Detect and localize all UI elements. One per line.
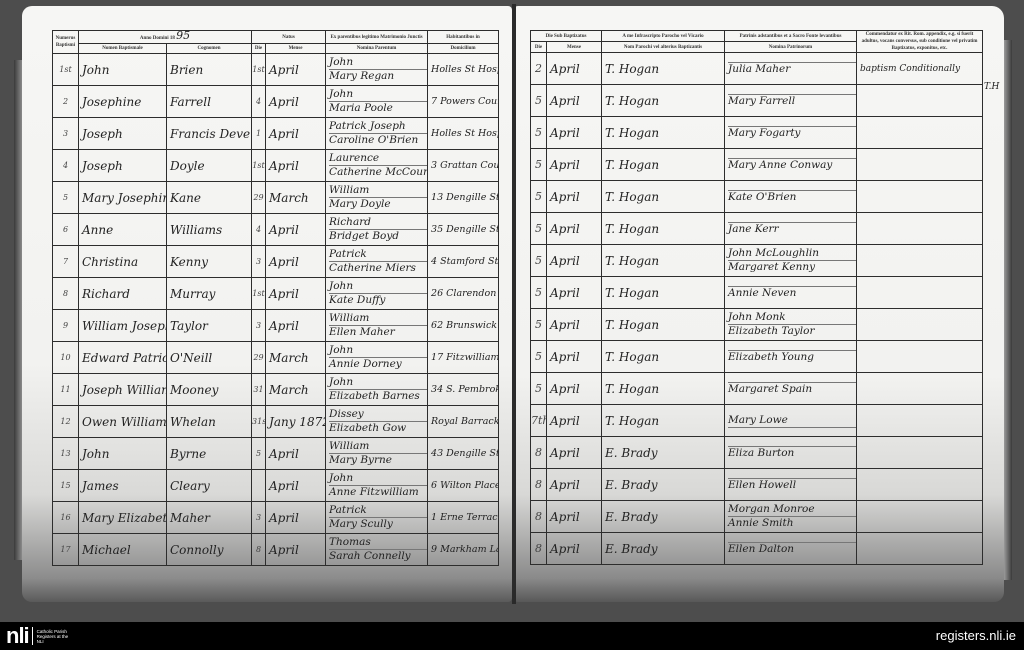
note bbox=[857, 309, 983, 341]
upper-line: John bbox=[329, 280, 427, 294]
minister: T. Hogan bbox=[602, 85, 725, 117]
baptism-month: April bbox=[547, 533, 602, 565]
lower-line: Elizabeth Barnes bbox=[329, 390, 427, 403]
lower-line: Mary Anne Conway bbox=[728, 159, 856, 172]
baptism-month: April bbox=[547, 277, 602, 309]
lower-line: Ellen Dalton bbox=[728, 543, 856, 556]
sponsors: Margaret Spain bbox=[725, 373, 857, 405]
minister: T. Hogan bbox=[602, 341, 725, 373]
table-row: 3JosephFrancis Deveney1AprilPatrick Jose… bbox=[53, 118, 499, 150]
book-edge-right bbox=[1004, 40, 1012, 580]
christian-name: William Joseph bbox=[79, 310, 167, 342]
sponsors: Kate O'Brien bbox=[725, 181, 857, 213]
lower-line: Mary Fogarty bbox=[728, 127, 856, 140]
sponsors: Eliza Burton bbox=[725, 437, 857, 469]
entry-number: 2 bbox=[53, 86, 79, 118]
baptism-day: 5 bbox=[531, 117, 547, 149]
upper-line: William bbox=[329, 440, 427, 454]
minister: T. Hogan bbox=[602, 309, 725, 341]
lower-line: Elizabeth Taylor bbox=[728, 325, 856, 338]
table-row: 15JamesClearyAprilJohnAnne Fitzwilliam6 … bbox=[53, 470, 499, 502]
lower-line: Elizabeth Young bbox=[728, 351, 856, 364]
lower-line: Caroline O'Brien bbox=[329, 134, 427, 147]
birth-month: April bbox=[266, 470, 326, 502]
birth-day: 29 bbox=[252, 342, 266, 374]
parents: PatrickMary Scully bbox=[326, 502, 428, 534]
lower-line: Catherine Miers bbox=[329, 262, 427, 275]
table-row: 8AprilE. BradyEllen Dalton bbox=[531, 533, 983, 565]
birth-day: 1st bbox=[252, 54, 266, 86]
table-row: 5AprilT. HoganMargaret Spain bbox=[531, 373, 983, 405]
parents-header: Ex parentibus legitimo Matrimonio Juncti… bbox=[326, 31, 428, 44]
surname: Williams bbox=[167, 214, 252, 246]
birth-day: 3 bbox=[252, 310, 266, 342]
parents: WilliamMary Byrne bbox=[326, 438, 428, 470]
table-row: 5AprilT. HoganJohn MonkElizabeth Taylor bbox=[531, 309, 983, 341]
note bbox=[857, 405, 983, 437]
table-row: 5AprilT. HoganMary Anne Conway bbox=[531, 149, 983, 181]
lower-line: Kate Duffy bbox=[329, 294, 427, 307]
surname: Farrell bbox=[167, 86, 252, 118]
parents: DisseyElizabeth Gow bbox=[326, 406, 428, 438]
baptism-month: April bbox=[547, 181, 602, 213]
table-row: 5AprilT. HoganKate O'Brien bbox=[531, 181, 983, 213]
birth-month: April bbox=[266, 310, 326, 342]
note bbox=[857, 245, 983, 277]
parents: ThomasSarah Connelly bbox=[326, 534, 428, 566]
upper-line: Dissey bbox=[329, 408, 427, 422]
baptism-month: April bbox=[547, 117, 602, 149]
birth-month: Jany 1872 bbox=[266, 406, 326, 438]
birth-month: April bbox=[266, 534, 326, 566]
baptism-day: 2 bbox=[531, 53, 547, 85]
christian-name: Richard bbox=[79, 278, 167, 310]
baptism-day: 8 bbox=[531, 469, 547, 501]
birth-month: April bbox=[266, 118, 326, 150]
christian-name: John bbox=[79, 54, 167, 86]
note: baptism Conditionally bbox=[857, 53, 983, 85]
table-row: 1stJohnBrien1stAprilJohnMary ReganHolles… bbox=[53, 54, 499, 86]
baptism-day: 5 bbox=[531, 341, 547, 373]
birth-day: 1st bbox=[252, 278, 266, 310]
sponsors: Julia Maher bbox=[725, 53, 857, 85]
minister: T. Hogan bbox=[602, 213, 725, 245]
residence: 62 Brunswick St bbox=[428, 310, 499, 342]
year-header: Anno Domini 18 95 bbox=[79, 31, 252, 44]
col-surname: Cognomen bbox=[167, 44, 252, 54]
birth-day: 4 bbox=[252, 86, 266, 118]
note bbox=[857, 117, 983, 149]
residence: 4 Stamford St bbox=[428, 246, 499, 278]
sponsors: Ellen Howell bbox=[725, 469, 857, 501]
sponsors: Jane Kerr bbox=[725, 213, 857, 245]
table-row: 2JosephineFarrell4AprilJohnMaria Poole7 … bbox=[53, 86, 499, 118]
table-row: 7ChristinaKenny3AprilPatrickCatherine Mi… bbox=[53, 246, 499, 278]
upper-line: John bbox=[329, 88, 427, 102]
birth-month: April bbox=[266, 214, 326, 246]
baptized-header: Die Sub Baptizatus bbox=[531, 31, 602, 42]
col-number-header: Numerus Baptismi bbox=[53, 31, 79, 54]
table-row: 8RichardMurray1stAprilJohnKate Duffy26 C… bbox=[53, 278, 499, 310]
minister: T. Hogan bbox=[602, 245, 725, 277]
residence: 3 Grattan Court bbox=[428, 150, 499, 182]
baptism-day: 5 bbox=[531, 309, 547, 341]
baptism-day: 8 bbox=[531, 437, 547, 469]
christian-name: James bbox=[79, 470, 167, 502]
entry-number: 13 bbox=[53, 438, 79, 470]
surname: O'Neill bbox=[167, 342, 252, 374]
viewer-footer: nli Catholic Parish Registers at the NLI… bbox=[0, 622, 1024, 650]
birth-day: 3 bbox=[252, 246, 266, 278]
residence: 1 Erne Terrace bbox=[428, 502, 499, 534]
birth-month: April bbox=[266, 438, 326, 470]
lower-line: Margaret Kenny bbox=[728, 261, 856, 274]
baptism-month: April bbox=[547, 213, 602, 245]
nli-logo[interactable]: nli Catholic Parish Registers at the NLI bbox=[6, 626, 71, 646]
table-row: 13JohnByrne5AprilWilliamMary Byrne43 Den… bbox=[53, 438, 499, 470]
baptism-month: April bbox=[547, 373, 602, 405]
sponsors: Annie Neven bbox=[725, 277, 857, 309]
lower-line: Julia Maher bbox=[728, 63, 856, 76]
table-row: 6AnneWilliams4AprilRichardBridget Boyd35… bbox=[53, 214, 499, 246]
table-row: 16Mary ElizabethMaher3AprilPatrickMary S… bbox=[53, 502, 499, 534]
minister: T. Hogan bbox=[602, 405, 725, 437]
surname: Whelan bbox=[167, 406, 252, 438]
minister: E. Brady bbox=[602, 533, 725, 565]
lower-line: Mary Scully bbox=[329, 518, 427, 531]
upper-line: Patrick Joseph bbox=[329, 120, 427, 134]
register-scan-image: Numerus Baptismi Anno Domini 18 95 Natus… bbox=[0, 0, 1024, 622]
table-row: 5AprilT. HoganMary Farrell bbox=[531, 85, 983, 117]
upper-line: Thomas bbox=[329, 536, 427, 550]
baptism-register-left: Numerus Baptismi Anno Domini 18 95 Natus… bbox=[52, 30, 499, 566]
col-residence: Domicilium bbox=[428, 44, 499, 54]
note bbox=[857, 277, 983, 309]
minister: E. Brady bbox=[602, 469, 725, 501]
christian-name: Mary Josephine bbox=[79, 182, 167, 214]
sponsors: John McLoughlinMargaret Kenny bbox=[725, 245, 857, 277]
parents: JohnMaria Poole bbox=[326, 86, 428, 118]
birth-month: April bbox=[266, 54, 326, 86]
residence: 9 Markham Lane bbox=[428, 534, 499, 566]
table-row: 8AprilE. BradyMorgan MonroeAnnie Smith bbox=[531, 501, 983, 533]
birth-month: April bbox=[266, 150, 326, 182]
parents: JohnMary Regan bbox=[326, 54, 428, 86]
lower-line: Annie Smith bbox=[728, 517, 856, 530]
notes-header: Commendatur ex Rit. Rom. appendix, e.g. … bbox=[857, 31, 983, 53]
note bbox=[857, 181, 983, 213]
parents: JohnKate Duffy bbox=[326, 278, 428, 310]
christian-name: Joseph bbox=[79, 150, 167, 182]
entry-number: 16 bbox=[53, 502, 79, 534]
lower-line: Mary Byrne bbox=[329, 454, 427, 467]
upper-line: John bbox=[329, 56, 427, 70]
entry-number: 5 bbox=[53, 182, 79, 214]
year-value: 95 bbox=[176, 31, 190, 43]
baptism-month: April bbox=[547, 405, 602, 437]
surname: Maher bbox=[167, 502, 252, 534]
minister: E. Brady bbox=[602, 437, 725, 469]
residence: 17 Fitzwilliam Lane bbox=[428, 342, 499, 374]
entry-number: 4 bbox=[53, 150, 79, 182]
parents: Patrick JosephCaroline O'Brien bbox=[326, 118, 428, 150]
birth-day: 31st bbox=[252, 406, 266, 438]
sponsors: Mary Anne Conway bbox=[725, 149, 857, 181]
birth-month: April bbox=[266, 278, 326, 310]
birth-month: April bbox=[266, 246, 326, 278]
table-row: 11Joseph WilliamMooney31MarchJohnElizabe… bbox=[53, 374, 499, 406]
residence: Holles St Hospital bbox=[428, 118, 499, 150]
birth-day: 4 bbox=[252, 214, 266, 246]
note bbox=[857, 213, 983, 245]
minister: T. Hogan bbox=[602, 373, 725, 405]
birth-month: March bbox=[266, 374, 326, 406]
minister: T. Hogan bbox=[602, 181, 725, 213]
table-row: 5Mary JosephineKane29MarchWilliamMary Do… bbox=[53, 182, 499, 214]
lower-line: Mary Doyle bbox=[329, 198, 427, 211]
lower-line: Annie Neven bbox=[728, 287, 856, 300]
entry-number: 10 bbox=[53, 342, 79, 374]
baptism-day: 5 bbox=[531, 277, 547, 309]
lower-line: Eliza Burton bbox=[728, 447, 856, 460]
baptism-month: April bbox=[547, 437, 602, 469]
birth-day: 3 bbox=[252, 502, 266, 534]
lower-line: Ellen Maher bbox=[329, 326, 427, 339]
christian-name: Christina bbox=[79, 246, 167, 278]
upper-line: Laurence bbox=[329, 152, 427, 166]
minister: T. Hogan bbox=[602, 277, 725, 309]
col-christian-name: Nomen Baptismale bbox=[79, 44, 167, 54]
table-row: 7thAprilT. HoganMary Lowe bbox=[531, 405, 983, 437]
parents: LaurenceCatherine McCourt bbox=[326, 150, 428, 182]
baptism-month: April bbox=[547, 309, 602, 341]
christian-name: Joseph William bbox=[79, 374, 167, 406]
minister: T. Hogan bbox=[602, 149, 725, 181]
note bbox=[857, 85, 983, 117]
note bbox=[857, 149, 983, 181]
lower-line: Ellen Howell bbox=[728, 479, 856, 492]
birth-day: 29 bbox=[252, 182, 266, 214]
entry-number: 11 bbox=[53, 374, 79, 406]
sponsors: Mary Fogarty bbox=[725, 117, 857, 149]
christian-name: Owen William bbox=[79, 406, 167, 438]
birth-month: March bbox=[266, 342, 326, 374]
col-day: Die bbox=[531, 42, 547, 53]
table-row: 5AprilT. HoganAnnie Neven bbox=[531, 277, 983, 309]
residence: 26 Clarendon St bbox=[428, 278, 499, 310]
lower-line: Catherine McCourt bbox=[329, 166, 427, 179]
col-sponsors: Nomina Patrinorum bbox=[725, 42, 857, 53]
table-row: 2AprilT. HoganJulia Maherbaptism Conditi… bbox=[531, 53, 983, 85]
upper-line: John bbox=[329, 344, 427, 358]
note bbox=[857, 373, 983, 405]
upper-line: William bbox=[329, 184, 427, 198]
entry-number: 6 bbox=[53, 214, 79, 246]
nli-logo-mark: nli bbox=[6, 626, 29, 646]
col-month: Mense bbox=[266, 44, 326, 54]
lower-line: Mary Regan bbox=[329, 70, 427, 83]
residence: 7 Powers Court bbox=[428, 86, 499, 118]
table-row: 5AprilT. HoganMary Fogarty bbox=[531, 117, 983, 149]
residence-header: Habitantibus in bbox=[428, 31, 499, 44]
parents: JohnAnnie Dorney bbox=[326, 342, 428, 374]
entry-number: 17 bbox=[53, 534, 79, 566]
baptism-day: 5 bbox=[531, 149, 547, 181]
residence: 43 Dengille St bbox=[428, 438, 499, 470]
birth-day: 1st bbox=[252, 150, 266, 182]
lower-line: Kate O'Brien bbox=[728, 191, 856, 204]
birth-month: April bbox=[266, 86, 326, 118]
upper-line: John McLoughlin bbox=[728, 247, 856, 261]
book-edge-left bbox=[14, 60, 22, 560]
table-row: 5AprilT. HoganJane Kerr bbox=[531, 213, 983, 245]
christian-name: Mary Elizabeth bbox=[79, 502, 167, 534]
lower-line: Sarah Connelly bbox=[329, 550, 427, 563]
birth-day: 1 bbox=[252, 118, 266, 150]
baptism-month: April bbox=[547, 469, 602, 501]
surname: Cleary bbox=[167, 470, 252, 502]
birth-day: 5 bbox=[252, 438, 266, 470]
upper-line: Patrick bbox=[329, 504, 427, 518]
baptism-day: 5 bbox=[531, 213, 547, 245]
birth-day: 8 bbox=[252, 534, 266, 566]
surname: Francis Deveney bbox=[167, 118, 252, 150]
christian-name: Michael bbox=[79, 534, 167, 566]
residence: 6 Wilton Place bbox=[428, 470, 499, 502]
entry-number: 8 bbox=[53, 278, 79, 310]
margin-initials: T.H bbox=[984, 82, 999, 92]
upper-line: John bbox=[329, 376, 427, 390]
upper-line: Mary Lowe bbox=[728, 414, 856, 428]
surname: Mooney bbox=[167, 374, 252, 406]
table-row: 8AprilE. BradyEllen Howell bbox=[531, 469, 983, 501]
parents: JohnAnne Fitzwilliam bbox=[326, 470, 428, 502]
table-row: 12Owen WilliamWhelan31stJany 1872DisseyE… bbox=[53, 406, 499, 438]
table-row: 5AprilT. HoganJohn McLoughlinMargaret Ke… bbox=[531, 245, 983, 277]
sponsors: John MonkElizabeth Taylor bbox=[725, 309, 857, 341]
baptism-month: April bbox=[547, 245, 602, 277]
surname: Brien bbox=[167, 54, 252, 86]
sponsors: Mary Farrell bbox=[725, 85, 857, 117]
upper-line: Richard bbox=[329, 216, 427, 230]
book-gutter bbox=[512, 4, 516, 604]
christian-name: Edward Patrick bbox=[79, 342, 167, 374]
nli-logo-text: Catholic Parish Registers at the NLI bbox=[37, 629, 71, 644]
lower-line: Maria Poole bbox=[329, 102, 427, 115]
col-parents: Nomina Parentum bbox=[326, 44, 428, 54]
birth-day: 31 bbox=[252, 374, 266, 406]
minister: E. Brady bbox=[602, 501, 725, 533]
upper-line: John bbox=[329, 472, 427, 486]
birth-month: April bbox=[266, 502, 326, 534]
parents: JohnElizabeth Barnes bbox=[326, 374, 428, 406]
sponsors-header: Patrinis adstantibus et a Sacro Fonte le… bbox=[725, 31, 857, 42]
lower-line: Bridget Boyd bbox=[329, 230, 427, 243]
baptism-month: April bbox=[547, 85, 602, 117]
lower-line: Annie Dorney bbox=[329, 358, 427, 371]
natus-header: Natus bbox=[252, 31, 326, 44]
entry-number: 15 bbox=[53, 470, 79, 502]
col-day: Die bbox=[252, 44, 266, 54]
baptism-day: 5 bbox=[531, 245, 547, 277]
minister: T. Hogan bbox=[602, 117, 725, 149]
residence: 13 Dengille St bbox=[428, 182, 499, 214]
sponsors: Elizabeth Young bbox=[725, 341, 857, 373]
lower-line: Jane Kerr bbox=[728, 223, 856, 236]
surname: Taylor bbox=[167, 310, 252, 342]
sponsors: Ellen Dalton bbox=[725, 533, 857, 565]
col-month: Mense bbox=[547, 42, 602, 53]
table-row: 9William JosephTaylor3AprilWilliamEllen … bbox=[53, 310, 499, 342]
surname: Doyle bbox=[167, 150, 252, 182]
lower-line: Margaret Spain bbox=[728, 383, 856, 396]
baptism-day: 5 bbox=[531, 373, 547, 405]
parents: PatrickCatherine Miers bbox=[326, 246, 428, 278]
sponsors: Morgan MonroeAnnie Smith bbox=[725, 501, 857, 533]
note bbox=[857, 437, 983, 469]
minister-header: A me Infrascripto Parocho vel Vicario bbox=[602, 31, 725, 42]
note bbox=[857, 533, 983, 565]
residence: Holles St Hospital bbox=[428, 54, 499, 86]
christian-name: Josephine bbox=[79, 86, 167, 118]
baptism-day: 8 bbox=[531, 501, 547, 533]
sponsors: Mary Lowe bbox=[725, 405, 857, 437]
lower-line: Anne Fitzwilliam bbox=[329, 486, 427, 499]
entry-number: 1st bbox=[53, 54, 79, 86]
christian-name: John bbox=[79, 438, 167, 470]
entry-number: 12 bbox=[53, 406, 79, 438]
residence: 35 Dengille St bbox=[428, 214, 499, 246]
lower-line: Elizabeth Gow bbox=[329, 422, 427, 435]
baptism-register-right: Die Sub Baptizatus A me Infrascripto Par… bbox=[530, 30, 983, 565]
christian-name: Anne bbox=[79, 214, 167, 246]
table-row: 10Edward PatrickO'Neill29MarchJohnAnnie … bbox=[53, 342, 499, 374]
note bbox=[857, 469, 983, 501]
parents: WilliamEllen Maher bbox=[326, 310, 428, 342]
upper-line: William bbox=[329, 312, 427, 326]
baptism-month: April bbox=[547, 149, 602, 181]
residence: Royal Barracks bbox=[428, 406, 499, 438]
entry-number: 3 bbox=[53, 118, 79, 150]
surname: Byrne bbox=[167, 438, 252, 470]
birth-month: March bbox=[266, 182, 326, 214]
baptism-month: April bbox=[547, 341, 602, 373]
baptism-day: 5 bbox=[531, 85, 547, 117]
upper-line: Morgan Monroe bbox=[728, 503, 856, 517]
lower-line: Mary Farrell bbox=[728, 95, 856, 108]
surname: Connolly bbox=[167, 534, 252, 566]
table-row: 4JosephDoyle1stAprilLaurenceCatherine Mc… bbox=[53, 150, 499, 182]
parents: WilliamMary Doyle bbox=[326, 182, 428, 214]
col-minister: Nom Parochi vel alterius Baptizantis bbox=[602, 42, 725, 53]
surname: Kenny bbox=[167, 246, 252, 278]
surname: Kane bbox=[167, 182, 252, 214]
site-link[interactable]: registers.nli.ie bbox=[936, 628, 1016, 643]
baptism-day: 5 bbox=[531, 181, 547, 213]
table-row: 5AprilT. HoganElizabeth Young bbox=[531, 341, 983, 373]
birth-day bbox=[252, 470, 266, 502]
upper-line: John Monk bbox=[728, 311, 856, 325]
entry-number: 9 bbox=[53, 310, 79, 342]
baptism-day: 7th bbox=[531, 405, 547, 437]
baptism-month: April bbox=[547, 501, 602, 533]
logo-divider bbox=[32, 627, 33, 645]
baptism-month: April bbox=[547, 53, 602, 85]
minister: T. Hogan bbox=[602, 53, 725, 85]
upper-line: Patrick bbox=[329, 248, 427, 262]
entry-number: 7 bbox=[53, 246, 79, 278]
baptism-day: 8 bbox=[531, 533, 547, 565]
